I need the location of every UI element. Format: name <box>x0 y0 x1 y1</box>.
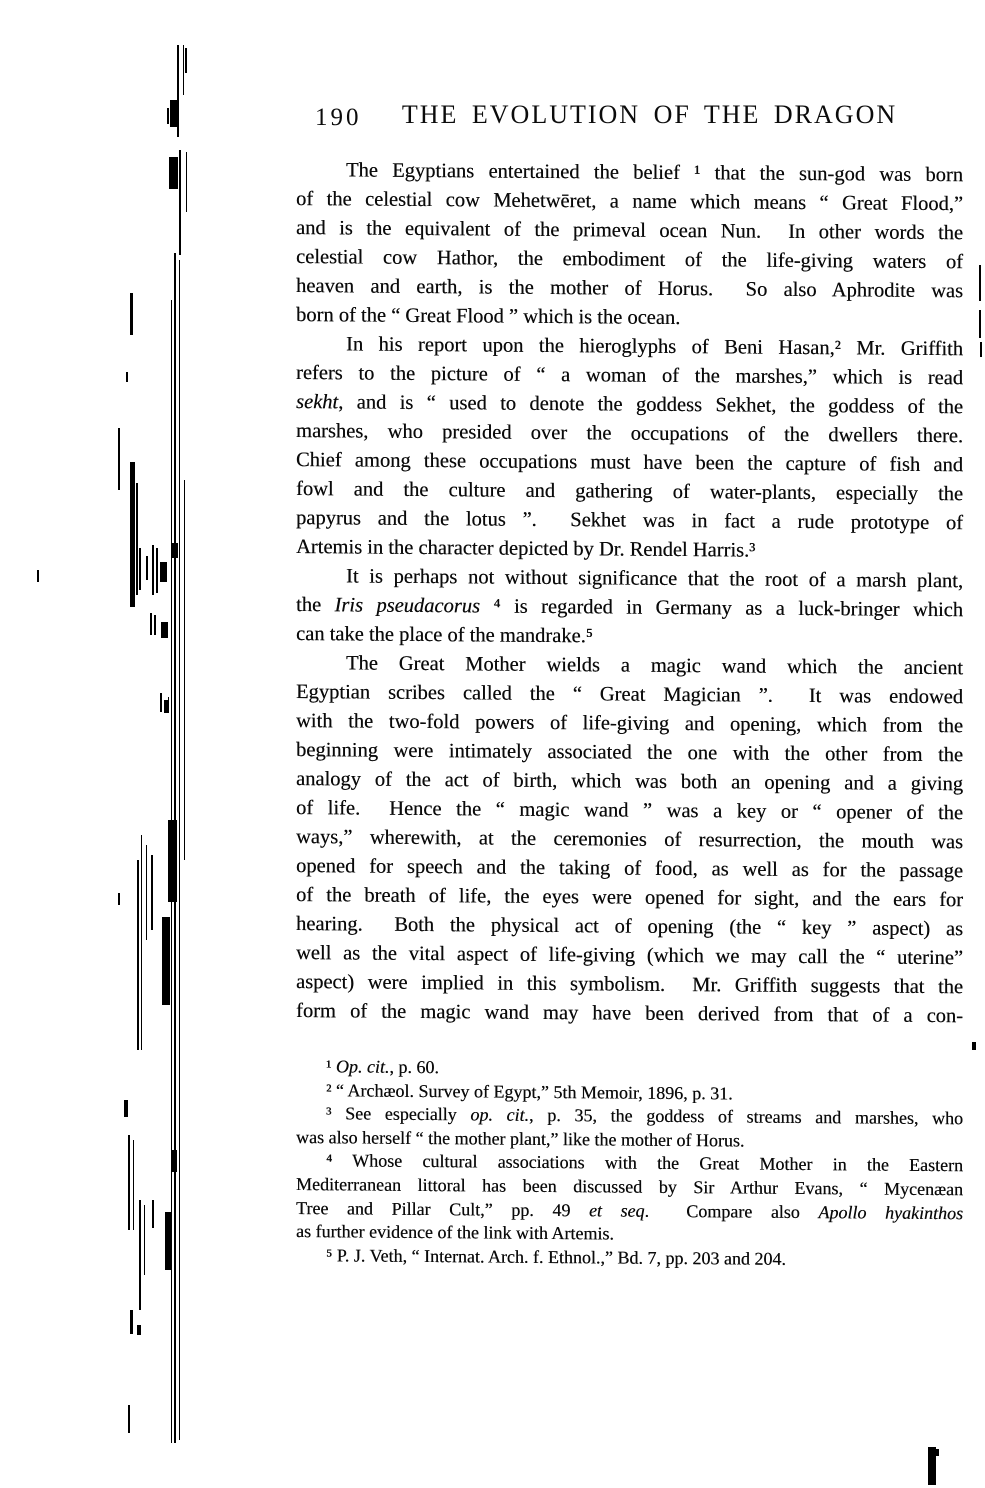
text-line: ⁵ P. J. Veth, “ Internat. Arch. f. Ethno… <box>296 1244 963 1273</box>
page-text: The Egyptians entertained the belief ¹ t… <box>296 156 963 1273</box>
scan-artifact <box>979 310 981 338</box>
scan-artifact <box>139 548 141 590</box>
running-title: THE EVOLUTION OF THE DRAGON <box>356 100 943 130</box>
scan-artifact <box>160 693 162 712</box>
scan-artifact <box>151 855 153 930</box>
scan-artifact <box>146 556 148 580</box>
scan-artifact <box>130 1310 133 1334</box>
scan-artifact <box>118 893 120 905</box>
scan-artifact <box>183 45 184 95</box>
scan-artifact <box>186 152 187 212</box>
scan-artifact <box>128 1135 130 1230</box>
scan-artifact <box>168 820 177 902</box>
running-head: 190 THE EVOLUTION OF THE DRAGON <box>296 100 963 140</box>
scan-artifact <box>160 562 167 582</box>
scan-artifact <box>184 480 185 860</box>
scan-artifact <box>141 835 142 1050</box>
page-number: 190 <box>315 104 362 132</box>
scan-artifact <box>169 157 178 189</box>
scan-artifact <box>936 1449 939 1456</box>
scan-artifact <box>165 1212 172 1270</box>
scan-artifact <box>980 342 982 357</box>
scan-artifact <box>179 260 180 1440</box>
scan-artifact <box>167 108 169 124</box>
scan-artifact <box>170 100 178 127</box>
scan-artifact <box>124 1100 128 1117</box>
scan-artifact <box>139 1200 141 1310</box>
scan-artifact <box>156 548 158 593</box>
scan-artifact <box>144 1205 145 1275</box>
scan-artifact <box>118 428 120 490</box>
text-line: form of the magic wand may have been der… <box>296 997 963 1031</box>
scan-artifact <box>972 1042 976 1050</box>
scan-artifact <box>179 150 181 255</box>
scan-artifact <box>130 293 133 335</box>
scan-artifact <box>136 483 138 595</box>
body-paragraphs: The Egyptians entertained the belief ¹ t… <box>296 156 963 1031</box>
scan-artifact <box>137 860 139 1050</box>
scan-artifact <box>152 1200 154 1228</box>
scan-artifact <box>172 543 178 558</box>
scan-artifact <box>146 845 147 940</box>
scan-artifact <box>37 570 39 582</box>
scan-artifact <box>137 1325 141 1335</box>
scan-artifact <box>133 1140 134 1230</box>
scan-artifact <box>185 48 187 73</box>
scan-artifact <box>162 917 170 1005</box>
footnotes: ¹ Op. cit., p. 60.² “ Archæol. Survey of… <box>296 1055 963 1273</box>
scan-artifact <box>154 615 156 635</box>
scan-artifact <box>979 265 981 301</box>
scan-artifact <box>161 622 168 638</box>
scan-artifact <box>168 697 169 711</box>
scan-artifact <box>126 372 128 382</box>
scan-artifact <box>150 613 152 635</box>
scan-artifact <box>152 545 154 595</box>
scan-artifact <box>171 1150 177 1172</box>
book-page: 190 THE EVOLUTION OF THE DRAGON The Egyp… <box>0 0 985 1488</box>
scan-artifact <box>130 462 135 607</box>
scan-artifact <box>128 1405 130 1433</box>
scan-artifact <box>928 1447 936 1485</box>
